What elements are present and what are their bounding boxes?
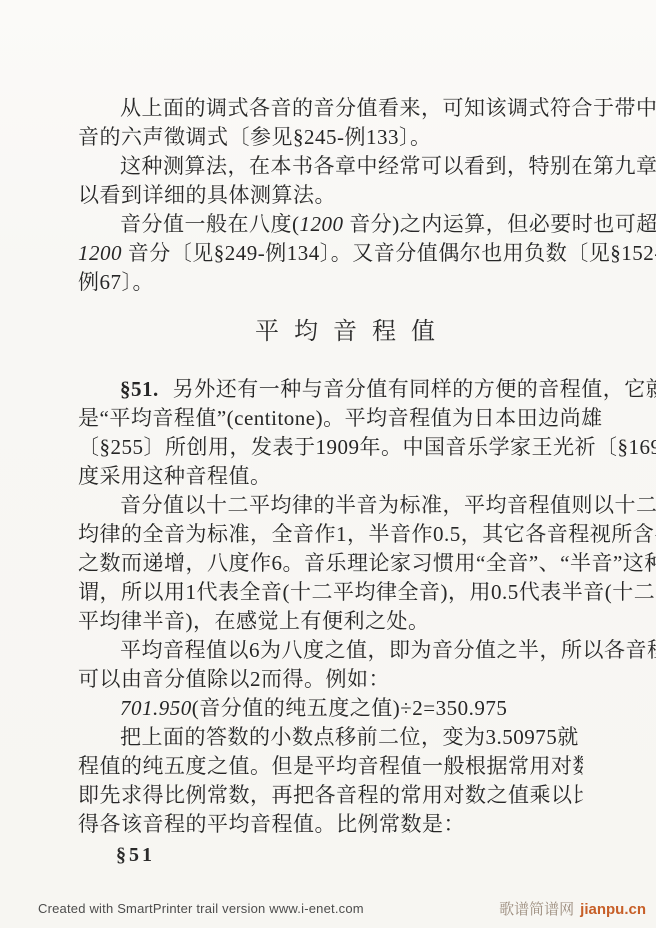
text-run: 度采用这种音程值。 — [78, 464, 272, 488]
text-run: 音分值以十二平均律的半音为标准，平均音程值则以十二平 — [120, 493, 656, 517]
text-line: §51.另外还有一种与音分值有同样的方便的音程值，它就 — [78, 375, 612, 404]
site-url: jianpu.cn — [580, 901, 646, 918]
paragraph: 音分值一般在八度(1200 音分)之内运算，但必要时也可超出 1200 音分〔见… — [78, 210, 612, 297]
paragraph: §51.另外还有一种与音分值有同样的方便的音程值，它就 是“平均音程值”(cen… — [78, 375, 612, 491]
text-run: 另外还有一种与音分值有同样的方便的音程值，它就 — [173, 377, 656, 401]
text-line: 谓，所以用1代表全音(十二平均律全音)，用0.5代表半音(十二 — [78, 578, 612, 607]
text-run: 以看到详细的具体测算法。 — [78, 183, 336, 207]
italic-number: 701.950 — [120, 696, 192, 720]
text-run: 〔§255〕所创用，发表于1909年。中国音乐学家王光祈〔§169〕曾一 — [78, 435, 656, 459]
italic-number: 1200 — [78, 241, 122, 265]
text-line: 之数而递增，八度作6。音乐理论家习惯用“全音”、“半音”这种称 — [78, 549, 612, 578]
paragraph: 把上面的答数的小数点移前二位，变为3.50975就 程值的纯五度之值。但是平均音… — [78, 723, 612, 839]
text-run: 之数而递增，八度作6。音乐理论家习惯用“全音”、“半音”这种称 — [78, 551, 656, 575]
text-run: 得各该音程的平均音程值。比例常数是： — [78, 812, 465, 836]
text-run: 即先求得比例常数，再把各音程的常用对数之值乘以比 — [78, 783, 583, 807]
text-line: 均律的全音为标准，全音作1，半音作0.5，其它各音程视所含半音 — [78, 520, 612, 549]
text-line: 以看到详细的具体测算法。 — [78, 181, 612, 210]
text-line: 这种测算法，在本书各章中经常可以看到，特别在第九章中可 — [78, 152, 612, 181]
paragraph: 平均音程值以6为八度之值，即为音分值之半，所以各音程都 可以由音分值除以2而得。… — [78, 636, 612, 694]
text-line: 平均律半音)，在感觉上有便利之处。 — [78, 607, 612, 636]
paragraph: 从上面的调式各音的音分值看来，可知该调式符合于带中立 音的六声徵调式〔参见§24… — [78, 94, 612, 152]
italic-number: 1200 — [300, 212, 344, 236]
site-watermark: 歌谱简谱网jianpu.cn — [499, 898, 646, 919]
section-heading: 平均音程值 — [78, 311, 612, 353]
text-run: 音分值一般在八度( — [120, 212, 300, 236]
formula-line: 701.950(音分值的纯五度之值)÷2=350.975 — [78, 694, 612, 723]
text-run: 音的六声徵调式〔参见§245-例133〕。 — [78, 125, 432, 149]
text-line-clipped: 程值的纯五度之值。但是平均音程值一般根据常用对数 — [78, 752, 583, 781]
text-run: 程值的纯五度之值。但是平均音程值一般根据常用对数 — [78, 754, 583, 778]
text-line-clipped: 把上面的答数的小数点移前二位，变为3.50975就 — [78, 723, 612, 752]
text-run: 这种测算法，在本书各章中经常可以看到，特别在第九章中可 — [120, 154, 656, 178]
text-line: 音分值一般在八度(1200 音分)之内运算，但必要时也可超出 — [78, 210, 612, 239]
text-run: 例67〕。 — [78, 270, 154, 294]
text-line: 是“平均音程值”(centitone)。平均音程值为日本田边尚雄 — [78, 404, 612, 433]
text-line: 度采用这种音程值。 — [78, 462, 612, 491]
printer-watermark: Created with SmartPrinter trail version … — [38, 901, 364, 916]
text-run: 可以由音分值除以2而得。例如： — [78, 667, 390, 691]
text-run: 把上面的答数的小数点移前二位，变为3.50975就 — [120, 725, 579, 749]
text-line: 从上面的调式各音的音分值看来，可知该调式符合于带中立 — [78, 94, 612, 123]
text-line: 音的六声徵调式〔参见§245-例133〕。 — [78, 123, 612, 152]
text-block: 从上面的调式各音的音分值看来，可知该调式符合于带中立 音的六声徵调式〔参见§24… — [78, 94, 612, 839]
section-marker: §51. — [120, 377, 159, 401]
paragraph: 这种测算法，在本书各章中经常可以看到，特别在第九章中可 以看到详细的具体测算法。 — [78, 152, 612, 210]
paragraph: 音分值以十二平均律的半音为标准，平均音程值则以十二平 均律的全音为标准，全音作1… — [78, 491, 612, 636]
text-run: 平均律半音)，在感觉上有便利之处。 — [78, 609, 430, 633]
page-number: §51 — [116, 844, 155, 867]
text-line: 可以由音分值除以2而得。例如： — [78, 665, 612, 694]
site-name: 歌谱简谱网 — [499, 901, 574, 918]
text-run: 谓，所以用1代表全音(十二平均律全音)，用0.5代表半音(十二 — [78, 580, 655, 604]
text-line: 平均音程值以6为八度之值，即为音分值之半，所以各音程都 — [78, 636, 612, 665]
text-run: 是“平均音程值”(centitone)。平均音程值为日本田边尚雄 — [78, 406, 603, 430]
text-run: 音分〔见§249-例134〕。又音分值偶尔也用负数〔见§152- — [122, 241, 656, 265]
text-line: 〔§255〕所创用，发表于1909年。中国音乐学家王光祈〔§169〕曾一 — [78, 433, 612, 462]
text-run: (音分值的纯五度之值)÷2=350.975 — [192, 696, 508, 720]
text-line: 例67〕。 — [78, 268, 612, 297]
scanned-book-page: 从上面的调式各音的音分值看来，可知该调式符合于带中立 音的六声徵调式〔参见§24… — [0, 0, 656, 928]
text-line: 得各该音程的平均音程值。比例常数是： — [78, 810, 612, 839]
text-line-clipped: 即先求得比例常数，再把各音程的常用对数之值乘以比 — [78, 781, 583, 810]
text-run: 从上面的调式各音的音分值看来，可知该调式符合于带中立 — [120, 96, 656, 120]
text-line: 1200 音分〔见§249-例134〕。又音分值偶尔也用负数〔见§152- — [78, 239, 612, 268]
text-line: 音分值以十二平均律的半音为标准，平均音程值则以十二平 — [78, 491, 612, 520]
text-run: 均律的全音为标准，全音作1，半音作0.5，其它各音程视所含半音 — [78, 522, 656, 546]
text-run: 音分)之内运算，但必要时也可超出 — [344, 212, 656, 236]
text-run: 平均音程值以6为八度之值，即为音分值之半，所以各音程都 — [120, 638, 656, 662]
